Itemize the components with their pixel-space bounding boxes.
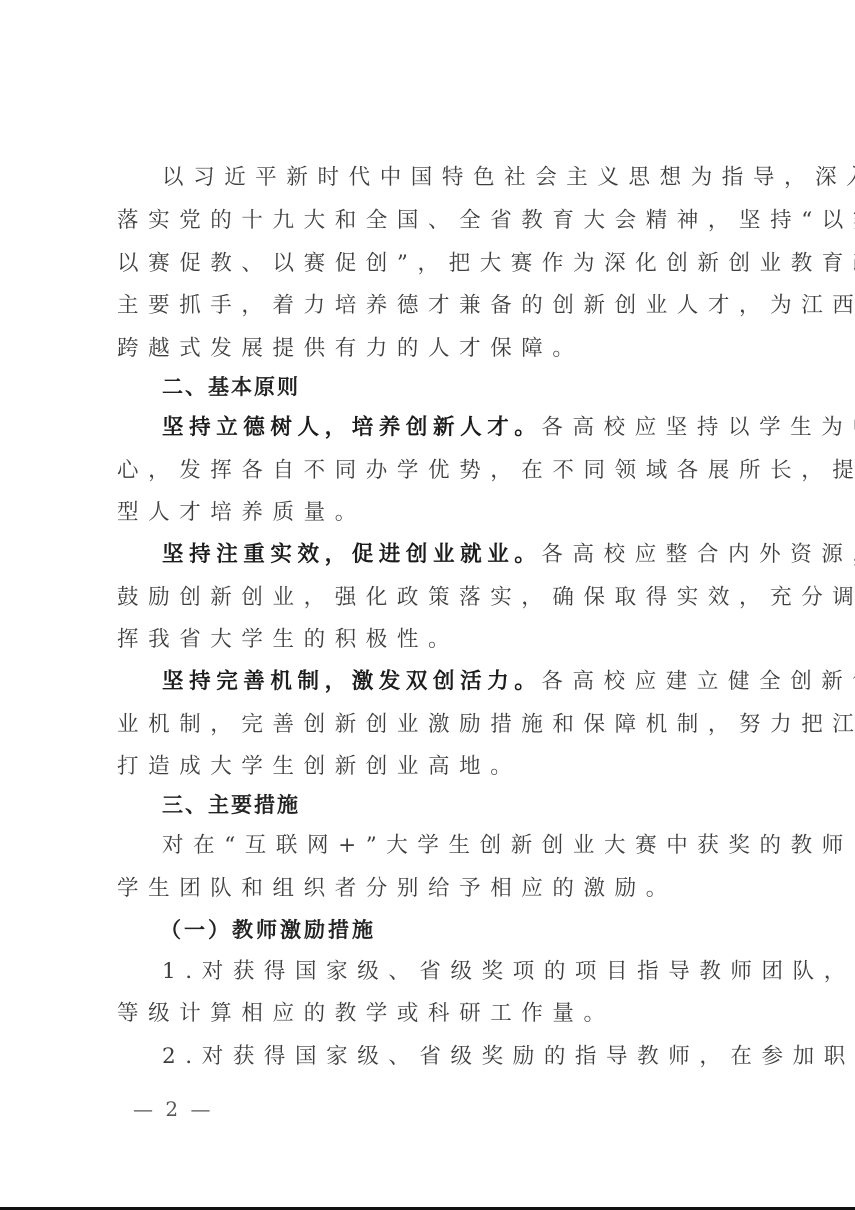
measures-intro-line-1: 对在“互联网+”大学生创新创业大赛中获奖的教师团队、 xyxy=(162,831,802,861)
guiding-paragraph-line-3: 以赛促教、以赛促创”，把大赛作为深化创新创业教育改革的 xyxy=(117,249,757,279)
teacher-incentive-item-2-line-1: 2.对获得国家级、省级奖励的指导教师，在参加职称评审 xyxy=(162,1042,802,1072)
guiding-paragraph-line-4: 主要抓手，着力培养德才兼备的创新创业人才，为江西高质量 xyxy=(117,291,757,321)
subsection-heading-teacher-incentives: （一）教师激励措施 xyxy=(160,915,800,945)
principle-2-line-3: 挥我省大学生的积极性。 xyxy=(117,625,757,655)
guiding-paragraph-line-1: 以习近平新时代中国特色社会主义思想为指导，深入贯彻 xyxy=(162,163,802,193)
principle-3-line-2: 业机制，完善创新创业激励措施和保障机制，努力把江西高校 xyxy=(117,710,757,740)
section-heading-main-measures: 三、主要措施 xyxy=(162,790,802,820)
principle-1-text: 各高校应坚持以学生为中 xyxy=(541,415,855,440)
guiding-paragraph-line-2: 落实党的十九大和全国、全省教育大会精神，坚持“以赛促学、 xyxy=(117,206,757,236)
principle-3-text: 各高校应建立健全创新创 xyxy=(541,669,855,694)
teacher-incentive-item-1-line-1: 1.对获得国家级、省级奖项的项目指导教师团队，按获奖 xyxy=(162,957,802,987)
principle-1-lead: 坚持立德树人，培养创新人才。 xyxy=(162,415,541,440)
principle-2-lead: 坚持注重实效，促进创业就业。 xyxy=(162,542,541,567)
principle-3-line-3: 打造成大学生创新创业高地。 xyxy=(117,752,757,782)
document-page: 以习近平新时代中国特色社会主义思想为指导，深入贯彻 落实党的十九大和全国、全省教… xyxy=(0,0,855,1210)
section-heading-basic-principles: 二、基本原则 xyxy=(162,372,802,402)
principle-2-line-2: 鼓励创新创业，强化政策落实，确保取得实效，充分调动和发 xyxy=(117,583,757,613)
principle-1-line-2: 心，发挥各自不同办学优势，在不同领域各展所长，提高创新 xyxy=(117,456,757,486)
measures-intro-line-2: 学生团队和组织者分别给予相应的激励。 xyxy=(117,874,757,904)
principle-2-first-line: 坚持注重实效，促进创业就业。各高校应整合内外资源， xyxy=(162,540,802,570)
principle-1-first-line: 坚持立德树人，培养创新人才。各高校应坚持以学生为中 xyxy=(162,413,802,443)
principle-2-text: 各高校应整合内外资源， xyxy=(541,542,855,567)
teacher-incentive-item-1-line-2: 等级计算相应的教学或科研工作量。 xyxy=(117,999,757,1029)
principle-3-lead: 坚持完善机制，激发双创活力。 xyxy=(162,669,541,694)
page-number: — 2 — xyxy=(133,1095,213,1123)
principle-1-line-3: 型人才培养质量。 xyxy=(117,498,757,528)
principle-3-first-line: 坚持完善机制，激发双创活力。各高校应建立健全创新创 xyxy=(162,667,802,697)
guiding-paragraph-line-5: 跨越式发展提供有力的人才保障。 xyxy=(117,334,757,364)
